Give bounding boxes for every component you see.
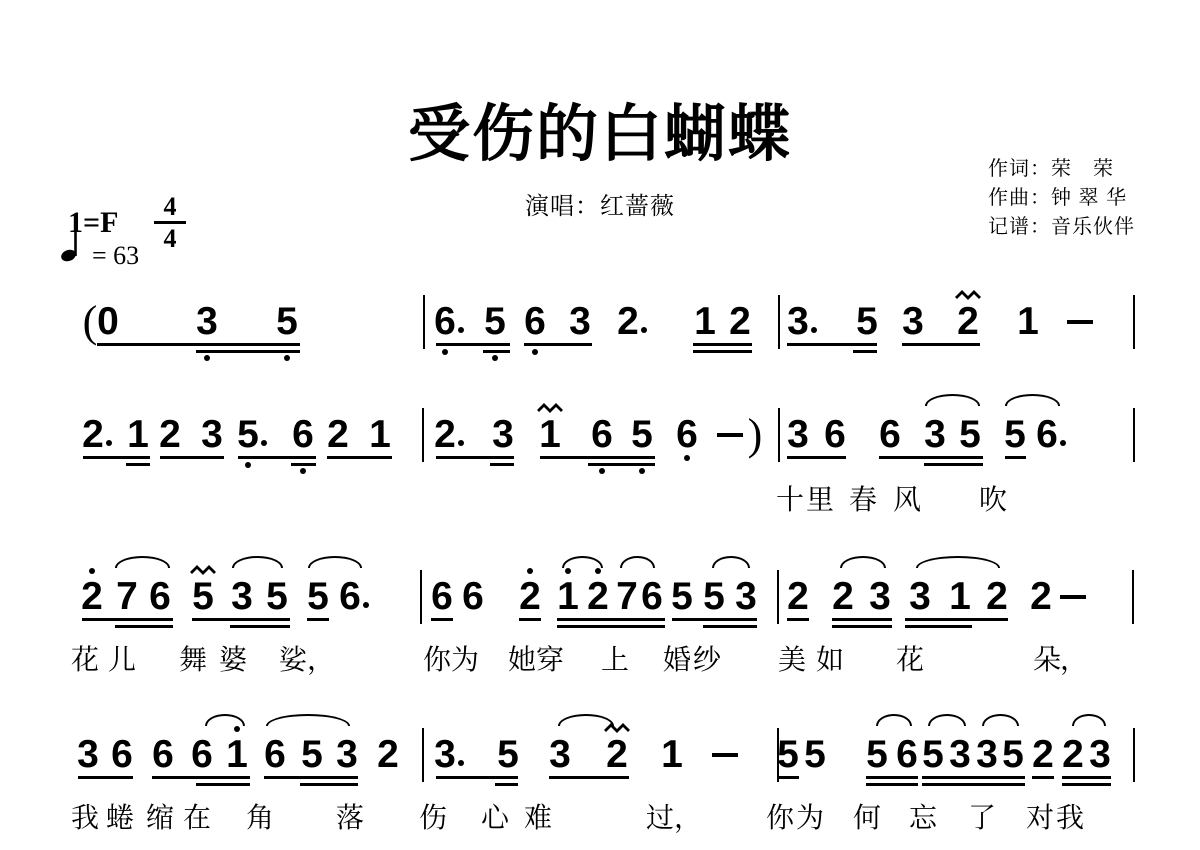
beam-underline — [307, 618, 329, 621]
lyric-char: ， — [1060, 645, 1088, 675]
note-digit: 3 — [976, 735, 998, 775]
note-digit: 3 — [492, 415, 514, 455]
beam-underline — [588, 463, 655, 466]
slur-arc — [205, 714, 245, 726]
lyric-char: 过 — [646, 803, 674, 833]
lyric-char: 风 — [893, 485, 921, 515]
beam-underline — [902, 343, 980, 346]
note-digit: 5 — [959, 415, 981, 455]
lyric-char: 娑 — [279, 645, 307, 675]
slur-arc — [1072, 714, 1106, 726]
lyric-char: 了 — [968, 803, 996, 833]
slur-arc — [308, 556, 362, 568]
augmentation-dot — [106, 440, 112, 446]
lyric-char: 她 — [508, 645, 536, 675]
octave-dot-high — [527, 568, 533, 574]
quarter-note-icon — [60, 210, 82, 262]
note-digit: 2 — [82, 415, 104, 455]
beam-underline — [238, 456, 316, 459]
note-digit: 1 — [127, 415, 149, 455]
augmentation-dot — [641, 327, 647, 333]
note-digit: 0 — [97, 302, 119, 342]
beam-underline — [327, 456, 392, 459]
beam-underline — [777, 776, 799, 779]
note-digit: 3 — [902, 302, 924, 342]
lyric-char: 花 — [71, 645, 99, 675]
lyric-char: 舞 — [179, 645, 207, 675]
octave-dot-low — [204, 355, 210, 361]
note-digit: 3 — [569, 302, 591, 342]
lyric-char: 你 — [766, 803, 794, 833]
octave-dot-low — [532, 349, 538, 355]
note-digit: 5 — [777, 735, 799, 775]
composer-credit: 作曲：钟 翠 华 — [988, 184, 1135, 213]
note-digit: 6 — [641, 577, 663, 617]
beam-underline — [693, 350, 752, 353]
note-digit: 1 — [369, 415, 391, 455]
note-digit: 3 — [787, 302, 809, 342]
beam-underline — [436, 456, 514, 459]
note-digit: 5 — [922, 735, 944, 775]
slur-arc — [232, 556, 283, 568]
slur-arc — [558, 714, 614, 726]
beam-underline — [924, 463, 983, 466]
octave-dot-low — [639, 468, 645, 474]
lyric-char: 纱 — [693, 645, 721, 675]
beam-underline — [230, 625, 290, 628]
measure-barline — [1132, 570, 1134, 624]
lyric-char: 穿 — [536, 645, 564, 675]
beam-underline — [1005, 456, 1026, 459]
beam-underline — [524, 343, 592, 346]
lyric-char: 心 — [481, 803, 509, 833]
lyric-char: 忘 — [909, 803, 937, 833]
measure-barline — [423, 295, 425, 349]
note-digit: 6 — [676, 415, 698, 455]
note-digit: 6 — [824, 415, 846, 455]
note-digit: 3 — [787, 415, 809, 455]
octave-dot-low — [492, 355, 498, 361]
note-digit: 6 — [879, 415, 901, 455]
beam-underline — [431, 618, 453, 621]
note-digit: 3 — [196, 302, 218, 342]
note-digit: 1 — [694, 302, 716, 342]
transcriber-credit: 记谱：音乐伙伴 — [988, 213, 1135, 242]
beam-underline — [1032, 776, 1054, 779]
note-digit: 6 — [152, 735, 174, 775]
note-digit: 7 — [116, 577, 138, 617]
beam-underline — [1062, 776, 1111, 779]
note-digit: 3 — [1089, 735, 1111, 775]
augmentation-dot — [458, 440, 464, 446]
beam-underline — [97, 343, 300, 346]
beam-underline — [192, 618, 290, 621]
note-digit: 2 — [587, 577, 609, 617]
octave-dot-high — [89, 568, 95, 574]
slur-arc — [266, 714, 350, 726]
augmentation-dot — [458, 327, 464, 333]
note-digit: 3 — [735, 577, 757, 617]
note-digit: 2 — [81, 577, 103, 617]
note-digit: 5 — [703, 577, 725, 617]
lyric-char: 如 — [816, 645, 844, 675]
measure-barline — [420, 570, 422, 624]
beam-underline — [866, 783, 918, 786]
beam-underline — [436, 776, 518, 779]
beam-underline — [693, 343, 752, 346]
note-digit: 7 — [616, 577, 638, 617]
lyric-char: 我 — [71, 803, 99, 833]
slur-arc — [562, 556, 603, 568]
lyric-char: 我 — [1056, 803, 1084, 833]
octave-dot-high — [234, 726, 240, 732]
mordent-icon — [190, 563, 216, 581]
measure-barline — [778, 295, 780, 349]
note-digit: 5 — [276, 302, 298, 342]
measure-barline — [422, 728, 424, 782]
augmentation-dot — [1060, 440, 1066, 446]
beam-underline — [495, 783, 518, 786]
lyric-char: 蜷 — [106, 803, 134, 833]
measure-barline — [1133, 408, 1135, 462]
beam-underline — [832, 625, 892, 628]
note-extension-dash — [1060, 595, 1086, 599]
note-digit: 2 — [617, 302, 639, 342]
beam-underline — [115, 625, 173, 628]
lyric-char: 对 — [1026, 803, 1054, 833]
augmentation-dot — [811, 327, 817, 333]
lyric-char: 上 — [601, 645, 629, 675]
note-digit: 6 — [1036, 415, 1058, 455]
beam-underline — [196, 783, 250, 786]
lyric-char: 为 — [451, 645, 479, 675]
slur-arc — [840, 556, 886, 568]
note-digit: 6 — [591, 415, 613, 455]
beam-underline — [922, 776, 1025, 779]
note-digit: 6 — [111, 735, 133, 775]
note-digit: 5 — [631, 415, 653, 455]
mordent-icon — [537, 401, 563, 419]
time-signature-numerator: 4 — [164, 194, 177, 220]
note-digit: 2 — [519, 577, 541, 617]
note-digit: 3 — [231, 577, 253, 617]
lyric-char: 花 — [896, 645, 924, 675]
lyric-char: 里 — [806, 485, 834, 515]
note-digit: 5 — [866, 735, 888, 775]
note-digit: 2 — [957, 302, 979, 342]
beam-underline — [672, 618, 757, 621]
note-digit: 3 — [949, 735, 971, 775]
beam-underline — [703, 625, 757, 628]
note-extension-dash — [717, 433, 743, 437]
note-digit: 1 — [539, 415, 561, 455]
beam-underline — [1062, 783, 1111, 786]
slur-arc — [1005, 394, 1060, 406]
octave-dot-low — [599, 468, 605, 474]
lyric-char: 落 — [336, 803, 364, 833]
note-digit: 6 — [524, 302, 546, 342]
note-digit: 6 — [292, 415, 314, 455]
beam-underline — [787, 343, 877, 346]
measure-barline — [1133, 295, 1135, 349]
beam-underline — [540, 456, 655, 459]
note-digit: 5 — [301, 735, 323, 775]
lyric-char: 角 — [246, 803, 274, 833]
note-digit: 5 — [266, 577, 288, 617]
note-extension-dash — [712, 753, 738, 757]
note-digit: 2 — [986, 577, 1008, 617]
octave-dot-low — [284, 355, 290, 361]
lyric-char: 你 — [423, 645, 451, 675]
mordent-icon — [955, 288, 981, 306]
beam-underline — [557, 625, 665, 628]
time-signature-denominator: 4 — [164, 226, 177, 252]
note-extension-dash — [1067, 320, 1093, 324]
beam-underline — [549, 776, 629, 779]
octave-dot-high — [595, 568, 601, 574]
note-digit: 5 — [856, 302, 878, 342]
note-digit: 6 — [264, 735, 286, 775]
lyric-char: 何 — [853, 803, 881, 833]
beam-underline — [264, 776, 358, 779]
note-digit: 3 — [869, 577, 891, 617]
note-digit: 1 — [1017, 302, 1039, 342]
beam-underline — [866, 776, 918, 779]
note-digit: 2 — [377, 735, 399, 775]
lyric-char: 春 — [849, 485, 877, 515]
beam-underline — [82, 618, 173, 621]
measure-barline — [1133, 728, 1135, 782]
lyric-char: 难 — [524, 803, 552, 833]
beam-underline — [152, 776, 250, 779]
note-digit: 2 — [729, 302, 751, 342]
note-digit: 3 — [924, 415, 946, 455]
lyric-char: ， — [674, 803, 702, 833]
note-digit: 2 — [434, 415, 456, 455]
note-digit: 3 — [909, 577, 931, 617]
beam-underline — [436, 343, 510, 346]
slur-arc — [876, 714, 912, 726]
note-digit: 5 — [237, 415, 259, 455]
phrase-parenthesis: ) — [748, 411, 763, 459]
beam-underline — [78, 776, 133, 779]
beam-underline — [160, 456, 224, 459]
tempo-marking: = 63 — [92, 241, 139, 271]
note-digit: 6 — [431, 577, 453, 617]
octave-dot-low — [684, 455, 690, 461]
note-digit: 3 — [77, 735, 99, 775]
note-digit: 6 — [462, 577, 484, 617]
note-digit: 2 — [327, 415, 349, 455]
note-digit: 2 — [787, 577, 809, 617]
note-digit: 6 — [149, 577, 171, 617]
slur-arc — [712, 556, 750, 568]
octave-dot-high — [565, 568, 571, 574]
note-digit: 5 — [804, 735, 826, 775]
slur-arc — [916, 556, 1000, 568]
slur-arc — [928, 714, 966, 726]
note-digit: 5 — [671, 577, 693, 617]
beam-underline — [853, 350, 877, 353]
beam-underline — [905, 618, 1008, 621]
octave-dot-low — [300, 468, 306, 474]
beam-underline — [291, 463, 316, 466]
slur-arc — [925, 394, 980, 406]
augmentation-dot — [458, 760, 464, 766]
sheet-music-page: 受伤的白蝴蝶 演唱：红蔷薇 作词：荣 荣 作曲：钟 翠 华 记谱：音乐伙伴 1=… — [0, 0, 1200, 850]
beam-underline — [196, 350, 300, 353]
lyric-char: 在 — [183, 803, 211, 833]
slur-arc — [620, 556, 655, 568]
lyric-char: 朵 — [1033, 645, 1061, 675]
beam-underline — [787, 456, 846, 459]
note-digit: 3 — [201, 415, 223, 455]
lyric-char: 为 — [796, 803, 824, 833]
lyric-char: 美 — [778, 645, 806, 675]
lyric-char: 婚 — [663, 645, 691, 675]
augmentation-dot — [363, 602, 369, 608]
note-digit: 5 — [1004, 415, 1026, 455]
note-digit: 3 — [549, 735, 571, 775]
note-digit: 1 — [557, 577, 579, 617]
beam-underline — [922, 783, 1025, 786]
beam-underline — [126, 463, 150, 466]
note-digit: 2 — [1032, 735, 1054, 775]
beam-underline — [483, 350, 510, 353]
octave-dot-low — [442, 349, 448, 355]
note-digit: 3 — [336, 735, 358, 775]
note-digit: 5 — [484, 302, 506, 342]
lyric-char: 缩 — [146, 803, 174, 833]
beam-underline — [832, 618, 892, 621]
credits-block: 作词：荣 荣 作曲：钟 翠 华 记谱：音乐伙伴 — [988, 155, 1135, 242]
note-digit: 6 — [434, 302, 456, 342]
note-digit: 5 — [497, 735, 519, 775]
note-digit: 5 — [307, 577, 329, 617]
beam-underline — [300, 783, 358, 786]
measure-barline — [777, 728, 779, 782]
lyric-char: 十 — [776, 485, 804, 515]
beam-underline — [879, 456, 983, 459]
beam-underline — [519, 618, 541, 621]
lyric-char: 婆 — [219, 645, 247, 675]
note-digit: 2 — [832, 577, 854, 617]
note-digit: 6 — [339, 577, 361, 617]
note-digit: 2 — [159, 415, 181, 455]
lyric-char: 伤 — [419, 803, 447, 833]
phrase-parenthesis: ( — [83, 298, 98, 346]
beam-underline — [905, 625, 972, 628]
octave-dot-low — [245, 462, 251, 468]
measure-barline — [778, 408, 780, 462]
note-digit: 6 — [896, 735, 918, 775]
slur-arc — [982, 714, 1019, 726]
beam-underline — [557, 618, 665, 621]
note-digit: 2 — [606, 735, 628, 775]
note-digit: 3 — [434, 735, 456, 775]
note-digit: 6 — [191, 735, 213, 775]
note-digit: 5 — [1002, 735, 1024, 775]
lyric-char: ， — [307, 645, 335, 675]
note-digit: 1 — [661, 735, 683, 775]
measure-barline — [422, 408, 424, 462]
measure-barline — [777, 570, 779, 624]
lyric-char: 吹 — [979, 485, 1007, 515]
note-digit: 5 — [192, 577, 214, 617]
note-digit: 2 — [1062, 735, 1084, 775]
note-digit: 2 — [1030, 577, 1052, 617]
beam-underline — [83, 456, 150, 459]
beam-underline — [787, 618, 809, 621]
note-digit: 1 — [949, 577, 971, 617]
slur-arc — [115, 556, 170, 568]
lyric-char: 儿 — [108, 645, 136, 675]
augmentation-dot — [261, 440, 267, 446]
beam-underline — [490, 463, 514, 466]
note-digit: 1 — [226, 735, 248, 775]
lyricist-credit: 作词：荣 荣 — [988, 155, 1135, 184]
